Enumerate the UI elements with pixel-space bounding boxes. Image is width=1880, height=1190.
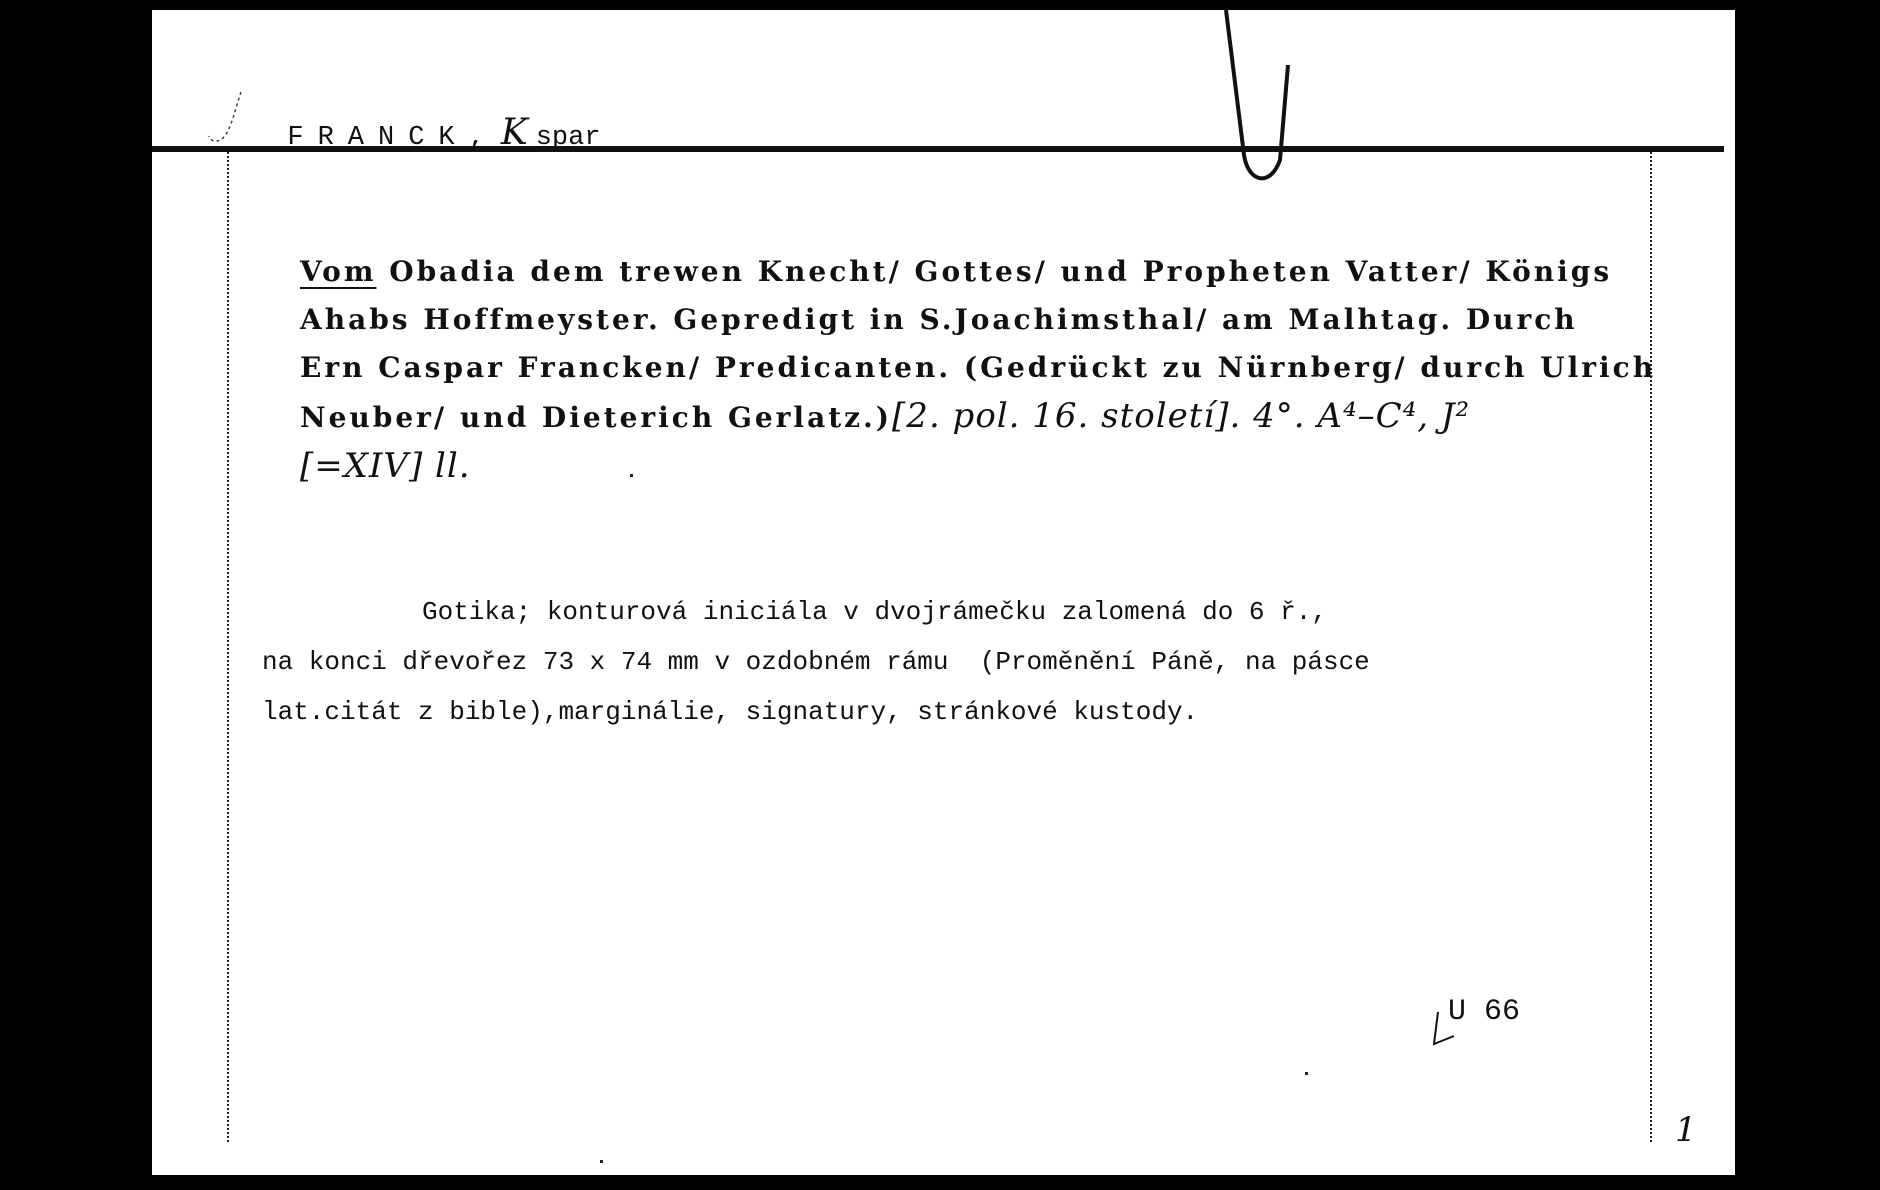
description-line-1: Gotika; konturová iniciála v dvojrámečku…: [262, 587, 1682, 637]
description-note: Gotika; konturová iniciála v dvojrámečku…: [262, 587, 1682, 737]
description-line-3: lat.citát z bible),marginálie, signatury…: [262, 687, 1682, 737]
handwritten-leaf-count: [=XIV] ll.: [300, 442, 1670, 490]
speck: [600, 1160, 603, 1163]
speck: [630, 474, 633, 477]
shelfmark: U 66: [1448, 995, 1520, 1029]
speck: [1305, 1072, 1308, 1075]
heading-rule: [152, 146, 1724, 152]
paperclip-mark: [1218, 10, 1298, 195]
title-transcription: Vom Obadia dem trewen Knecht/ Gottes/ un…: [300, 248, 1670, 490]
description-line-2: na konci dřevořez 73 x 74 mm v ozdobném …: [262, 637, 1682, 687]
card-heading: FRANCK,Kspar: [255, 82, 601, 153]
left-margin-line: [227, 152, 229, 1142]
handwritten-collation: [2. pol. 16. století]. 4°. A⁴–C⁴, J²: [892, 396, 1470, 436]
pencil-hook-mark: [205, 90, 245, 145]
page-number: 1: [1675, 1110, 1697, 1150]
title-line-2: Ahabs Hoffmeyster. Gepredigt in S.Joachi…: [300, 296, 1670, 344]
title-line-4: Neuber/ und Dieterich Gerlatz.)[2. pol. …: [300, 392, 1670, 442]
title-line-3: Ern Caspar Francken/ Predicanten. (Gedrü…: [300, 344, 1670, 392]
title-line-1: Vom Obadia dem trewen Knecht/ Gottes/ un…: [300, 248, 1670, 296]
